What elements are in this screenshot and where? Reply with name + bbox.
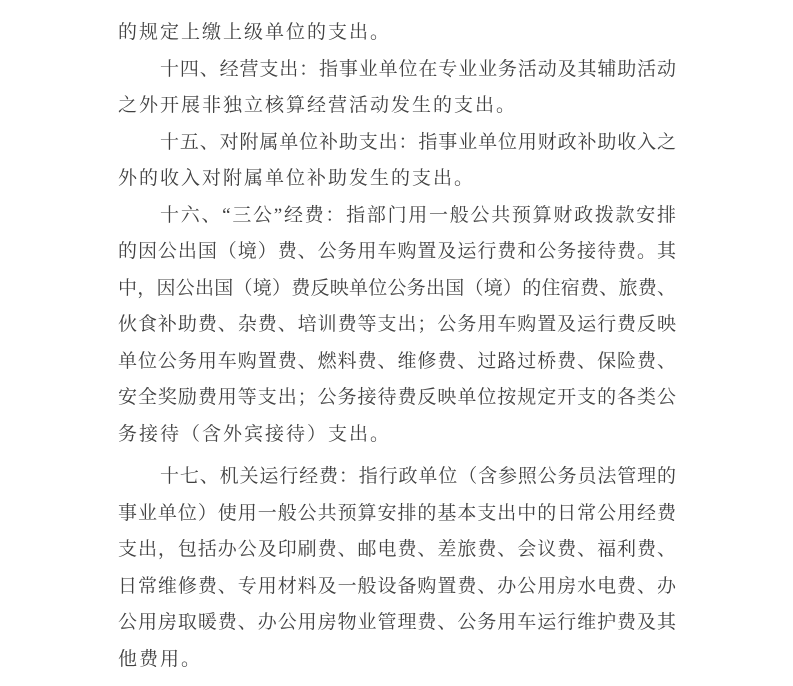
text-line: 单位公务用车购置费、燃料费、维修费、过路过桥费、保险费、 — [118, 344, 676, 381]
text-line: 十四、经营支出：指事业单位在专业业务活动及其辅助活动 — [118, 52, 676, 89]
text-line: 之外开展非独立核算经营活动发生的支出。 — [118, 88, 676, 125]
text-line: 的规定上缴上级单位的支出。 — [118, 15, 676, 52]
text-line: 他费用。 — [118, 642, 676, 679]
text-line: 公用房取暖费、办公用房物业管理费、公务用车运行维护费及其 — [118, 605, 676, 642]
document-page: 的规定上缴上级单位的支出。十四、经营支出：指事业单位在专业业务活动及其辅助活动之… — [0, 0, 793, 686]
text-block: 的规定上缴上级单位的支出。十四、经营支出：指事业单位在专业业务活动及其辅助活动之… — [118, 15, 676, 678]
text-line: 事业单位）使用一般公共预算安排的基本支出中的日常公用经费 — [118, 496, 676, 533]
text-line: 安全奖励费用等支出；公务接待费反映单位按规定开支的各类公 — [118, 380, 676, 417]
text-line: 十六、“三公”经费：指部门用一般公共预算财政拨款安排 — [118, 198, 676, 235]
text-line: 务接待（含外宾接待）支出。 — [118, 417, 676, 454]
text-line: 的因公出国（境）费、公务用车购置及运行费和公务接待费。其 — [118, 234, 676, 271]
text-line: 中，因公出国（境）费反映单位公务出国（境）的住宿费、旅费、 — [118, 271, 676, 308]
text-line: 日常维修费、专用材料及一般设备购置费、办公用房水电费、办 — [118, 569, 676, 606]
text-line: 十七、机关运行经费：指行政单位（含参照公务员法管理的 — [118, 459, 676, 496]
text-line: 支出，包括办公及印刷费、邮电费、差旅费、会议费、福利费、 — [118, 532, 676, 569]
text-line: 伙食补助费、杂费、培训费等支出；公务用车购置及运行费反映 — [118, 307, 676, 344]
text-line: 外的收入对附属单位补助发生的支出。 — [118, 161, 676, 198]
text-line: 十五、对附属单位补助支出：指事业单位用财政补助收入之 — [118, 125, 676, 162]
